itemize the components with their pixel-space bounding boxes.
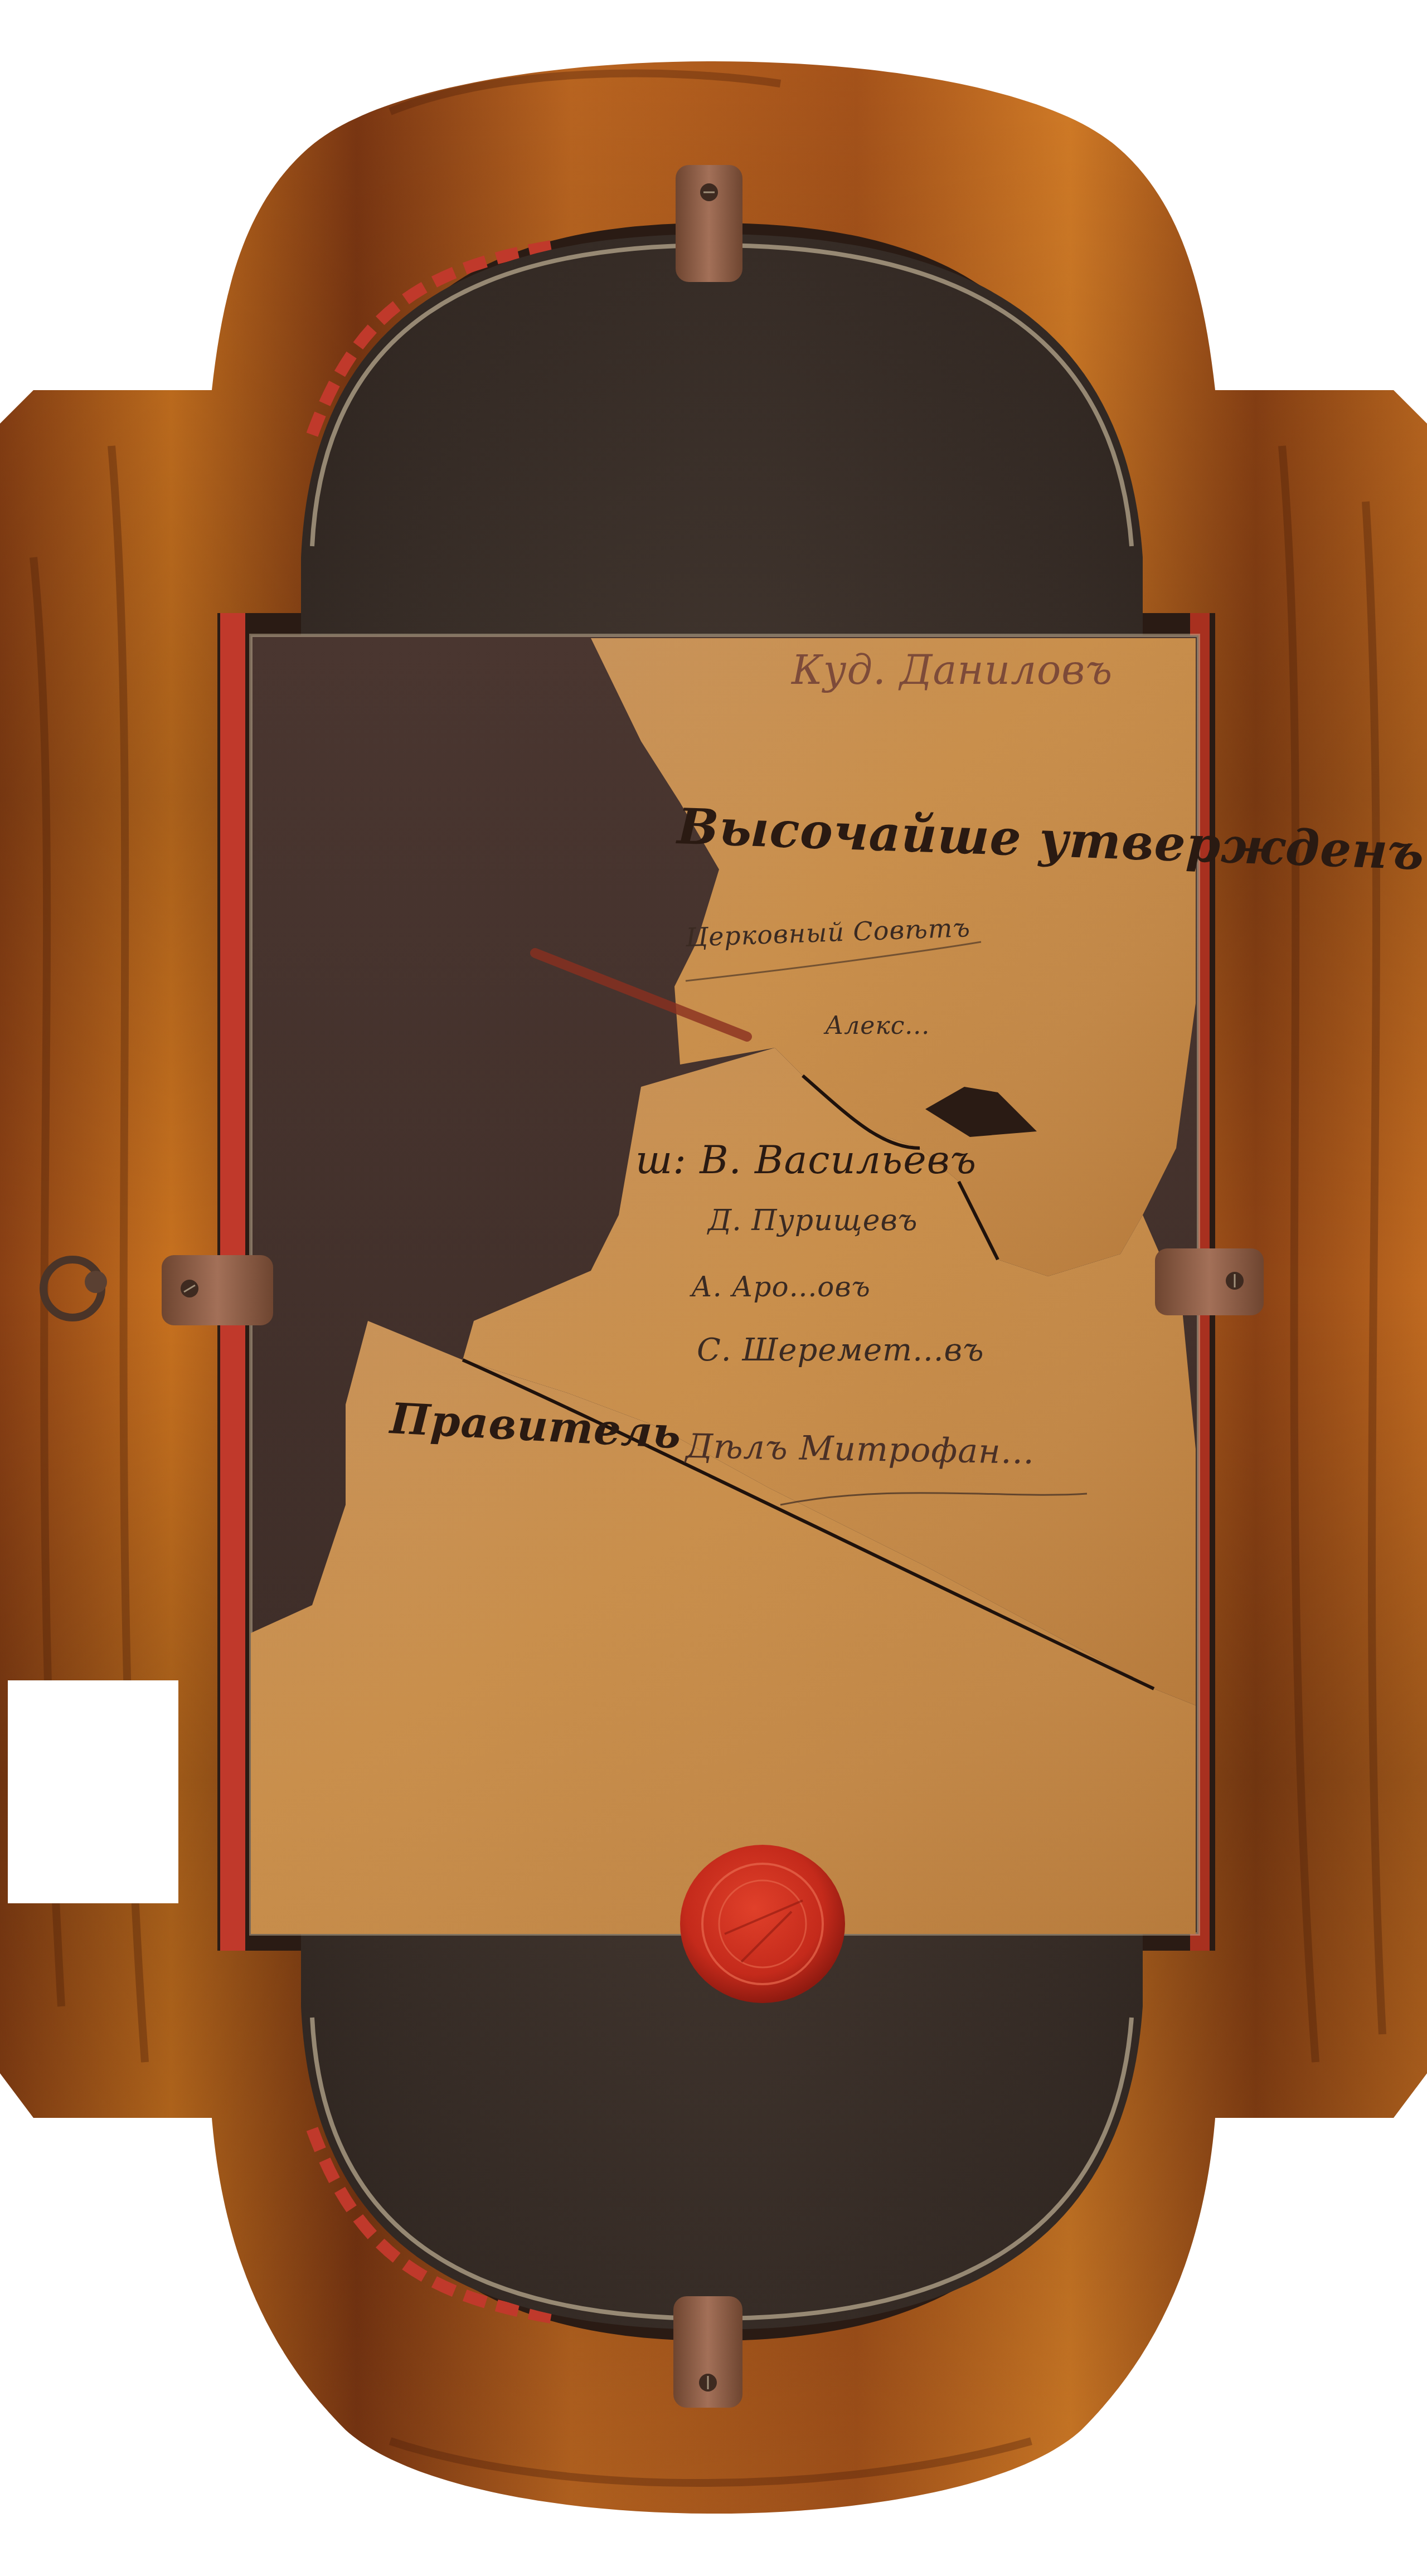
metal-clip-top — [676, 165, 742, 282]
label-inscription-top: Куд. Даниловъ — [792, 647, 1113, 693]
photo-stage: Куд. Даниловъ Высочайше утвержденъ Церко… — [0, 0, 1427, 2576]
red-wax-seal-icon — [680, 1845, 845, 2003]
metal-clip-right — [1155, 1248, 1264, 1315]
label-inscription-line8: С. Шеремет...въ — [697, 1332, 984, 1368]
label-inscription-line6: Д. Пурищевъ — [708, 1204, 918, 1237]
label-signature-right: Дѣлъ Митрофан... — [685, 1427, 1035, 1472]
label-inscription-line5: ш: В. Васильевъ — [635, 1137, 977, 1183]
metal-clip-bottom — [673, 2296, 742, 2408]
white-redaction-box — [8, 1680, 178, 1903]
label-inscription-line7: А. Аро...овъ — [691, 1271, 871, 1303]
metal-clip-left — [162, 1255, 273, 1325]
label-inscription-line4: Алекс... — [825, 1012, 930, 1040]
